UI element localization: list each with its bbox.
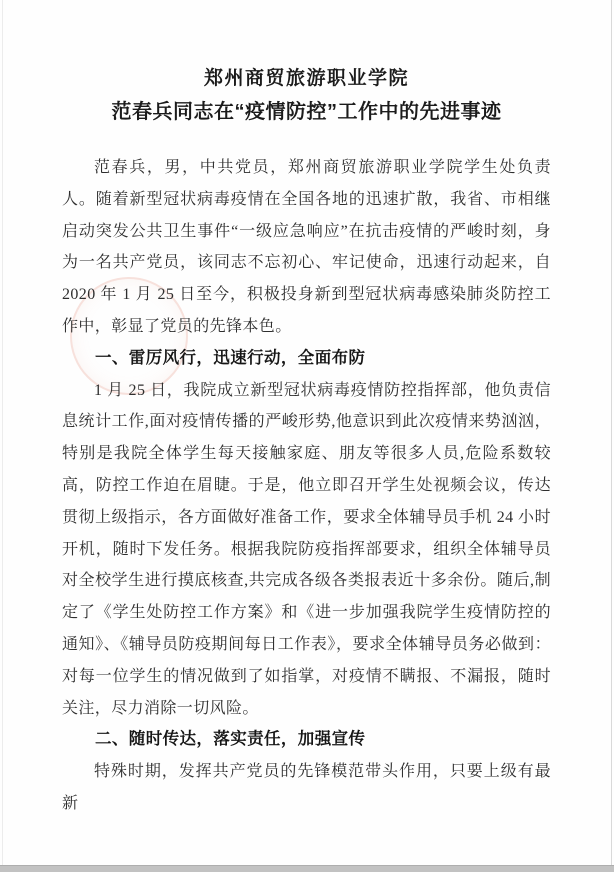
document-content: 郑州商贸旅游职业学院 范春兵同志在“疫情防控”工作中的先进事迹 范春兵，男，中共… bbox=[62, 66, 551, 820]
scan-edge-left bbox=[2, 0, 3, 866]
paragraph-section-2: 特殊时期，发挥共产党员的先锋模范带头作用，只要上级有最新 bbox=[62, 756, 551, 820]
document-page: 郑州商贸旅游职业学院 范春兵同志在“疫情防控”工作中的先进事迹 范春兵，男，中共… bbox=[0, 0, 614, 872]
scan-edge-right bbox=[611, 0, 612, 866]
scan-edge-bottom bbox=[0, 865, 614, 872]
paragraph-section-1: 1 月 25 日，我院成立新型冠状病毒疫情防控指挥部，他负责信息统计工作,面对疫… bbox=[62, 375, 551, 725]
document-title-subject: 范春兵同志在“疫情防控”工作中的先进事迹 bbox=[62, 98, 551, 126]
paragraph-intro: 范春兵，男，中共党员，郑州商贸旅游职业学院学生处负责人。随着新型冠状病毒疫情在全… bbox=[62, 152, 551, 343]
document-title-institution: 郑州商贸旅游职业学院 bbox=[62, 66, 551, 92]
section-heading-2: 二、随时传达，落实责任，加强宣传 bbox=[62, 724, 551, 756]
section-heading-1: 一、雷厉风行，迅速行动，全面布防 bbox=[62, 343, 551, 375]
